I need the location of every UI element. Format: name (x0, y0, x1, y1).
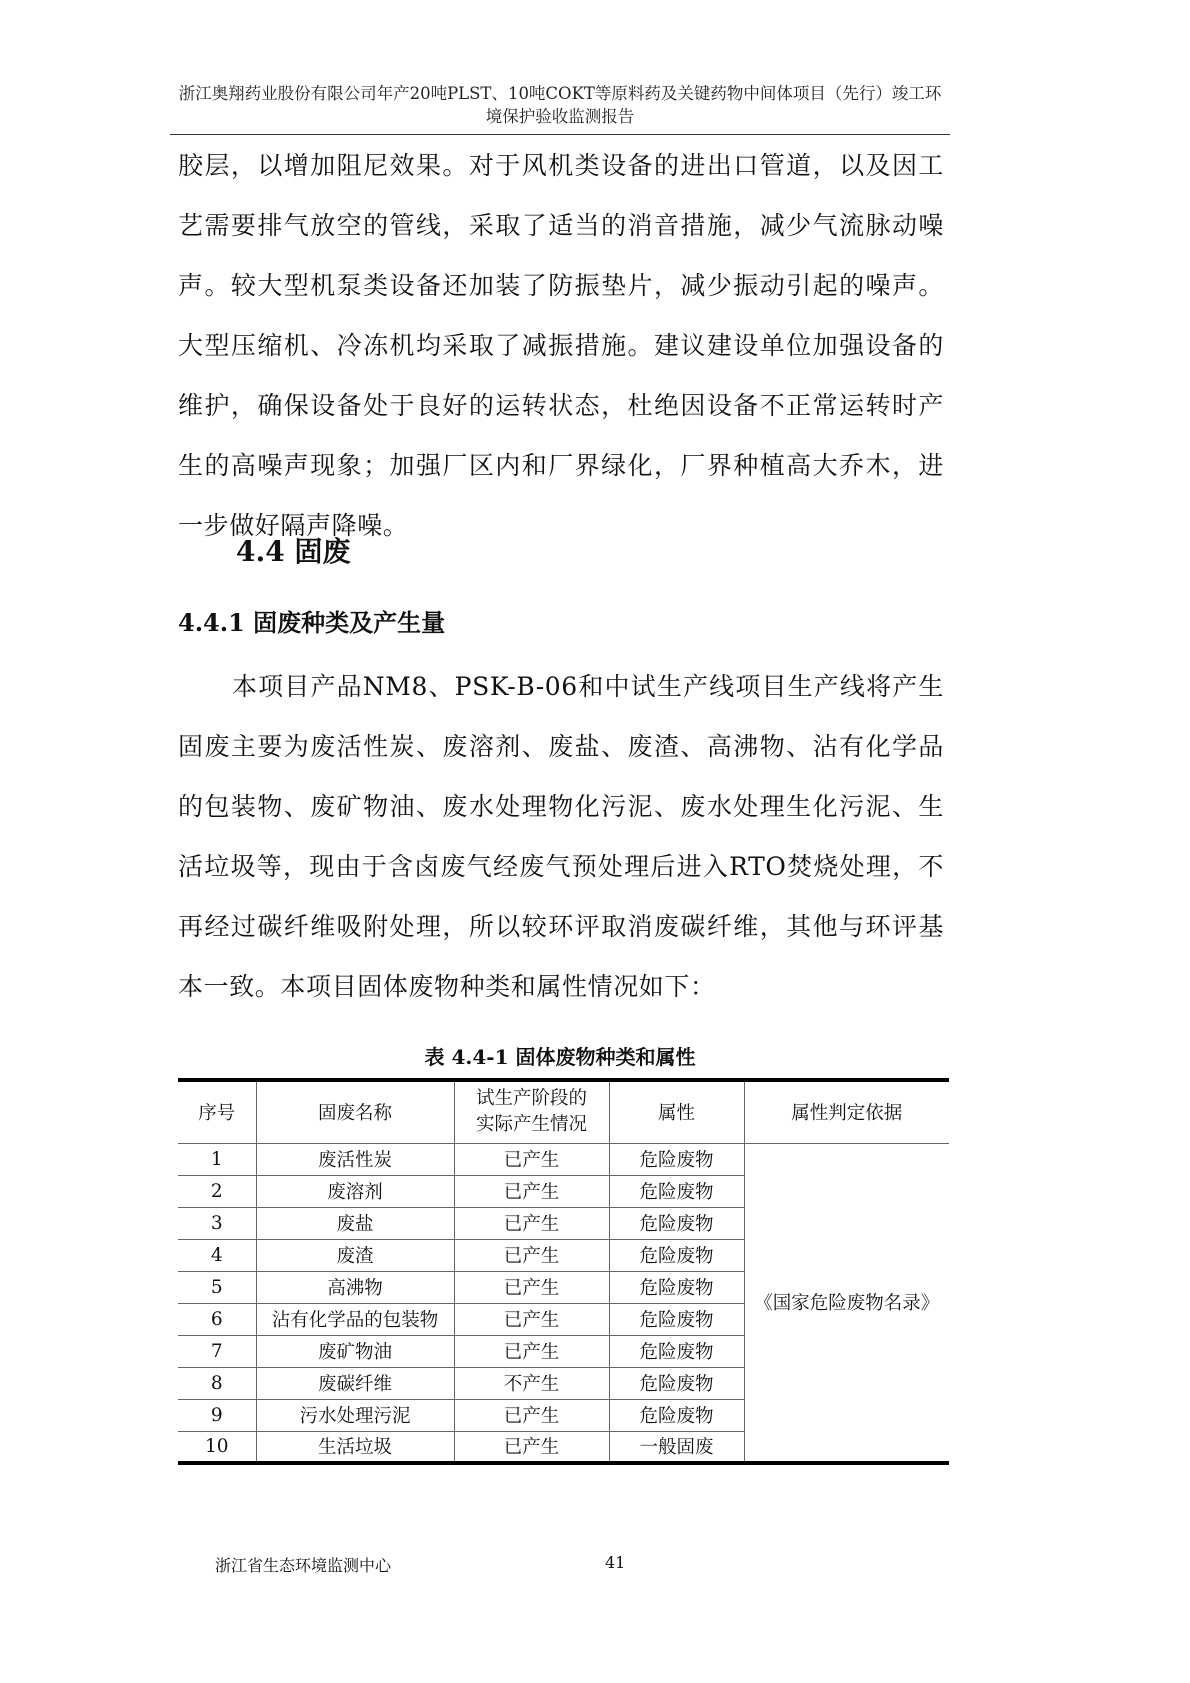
cell-attr: 危险废物 (609, 1399, 744, 1431)
table-row: 1 废活性炭 已产生 危险废物 《国家危险废物名录》 (178, 1143, 949, 1175)
cell-attr: 危险废物 (609, 1207, 744, 1239)
cell-status: 已产生 (454, 1271, 609, 1303)
header-line-2: 境保护验收监测报告 (170, 105, 950, 128)
cell-name: 高沸物 (256, 1271, 454, 1303)
table-header-row: 序号 固废名称 试生产阶段的 实际产生情况 属性 属性判定依据 (178, 1080, 949, 1143)
cell-status: 已产生 (454, 1431, 609, 1463)
cell-name: 沾有化学品的包装物 (256, 1303, 454, 1335)
cell-name: 废碳纤维 (256, 1367, 454, 1399)
header-status-line-2: 实际产生情况 (455, 1112, 609, 1138)
cell-basis: 《国家危险废物名录》 (744, 1143, 949, 1463)
cell-no: 2 (178, 1175, 256, 1207)
header-basis: 属性判定依据 (744, 1080, 949, 1143)
cell-status: 已产生 (454, 1175, 609, 1207)
paragraph-noise-measures: 胶层，以增加阻尼效果。对于风机类设备的进出口管道，以及因工艺需要排气放空的管线，… (178, 136, 944, 556)
header-line-1: 浙江奥翔药业股份有限公司年产20吨PLST、10吨COKT等原料药及关键药物中间… (170, 82, 950, 105)
cell-name: 废溶剂 (256, 1175, 454, 1207)
header-divider (170, 134, 950, 135)
header-no: 序号 (178, 1080, 256, 1143)
header-status-line-1: 试生产阶段的 (455, 1086, 609, 1112)
cell-attr: 危险废物 (609, 1239, 744, 1271)
cell-no: 7 (178, 1335, 256, 1367)
cell-status: 已产生 (454, 1399, 609, 1431)
footer-organization: 浙江省生态环境监测中心 (215, 1553, 391, 1576)
running-header: 浙江奥翔药业股份有限公司年产20吨PLST、10吨COKT等原料药及关键药物中间… (170, 82, 950, 128)
solid-waste-table: 序号 固废名称 试生产阶段的 实际产生情况 属性 属性判定依据 1 废活性炭 已… (178, 1078, 949, 1465)
cell-status: 不产生 (454, 1367, 609, 1399)
cell-no: 5 (178, 1271, 256, 1303)
cell-attr: 危险废物 (609, 1143, 744, 1175)
cell-attr: 危险废物 (609, 1175, 744, 1207)
cell-attr: 危险废物 (609, 1335, 744, 1367)
cell-name: 废盐 (256, 1207, 454, 1239)
cell-attr: 危险废物 (609, 1303, 744, 1335)
cell-name: 污水处理污泥 (256, 1399, 454, 1431)
cell-status: 已产生 (454, 1239, 609, 1271)
header-name: 固废名称 (256, 1080, 454, 1143)
cell-attr: 一般固废 (609, 1431, 744, 1463)
cell-no: 6 (178, 1303, 256, 1335)
cell-no: 10 (178, 1431, 256, 1463)
subsection-title: 4.4.1 固废种类及产生量 (178, 605, 445, 641)
cell-attr: 危险废物 (609, 1367, 744, 1399)
cell-attr: 危险废物 (609, 1271, 744, 1303)
cell-no: 1 (178, 1143, 256, 1175)
cell-no: 4 (178, 1239, 256, 1271)
cell-status: 已产生 (454, 1303, 609, 1335)
table-caption: 表 4.4-1 固体废物种类和属性 (170, 1042, 950, 1072)
cell-name: 废渣 (256, 1239, 454, 1271)
cell-name: 废活性炭 (256, 1143, 454, 1175)
page-number: 41 (605, 1553, 625, 1572)
paragraph-solid-waste: 本项目产品NM8、PSK-B-06和中试生产线项目生产线将产生固废主要为废活性炭… (178, 657, 944, 1017)
header-status: 试生产阶段的 实际产生情况 (454, 1080, 609, 1143)
cell-status: 已产生 (454, 1207, 609, 1239)
cell-no: 3 (178, 1207, 256, 1239)
cell-status: 已产生 (454, 1143, 609, 1175)
cell-name: 生活垃圾 (256, 1431, 454, 1463)
cell-no: 9 (178, 1399, 256, 1431)
cell-no: 8 (178, 1367, 256, 1399)
cell-name: 废矿物油 (256, 1335, 454, 1367)
header-attr: 属性 (609, 1080, 744, 1143)
cell-status: 已产生 (454, 1335, 609, 1367)
section-title: 4.4 固废 (236, 532, 350, 572)
